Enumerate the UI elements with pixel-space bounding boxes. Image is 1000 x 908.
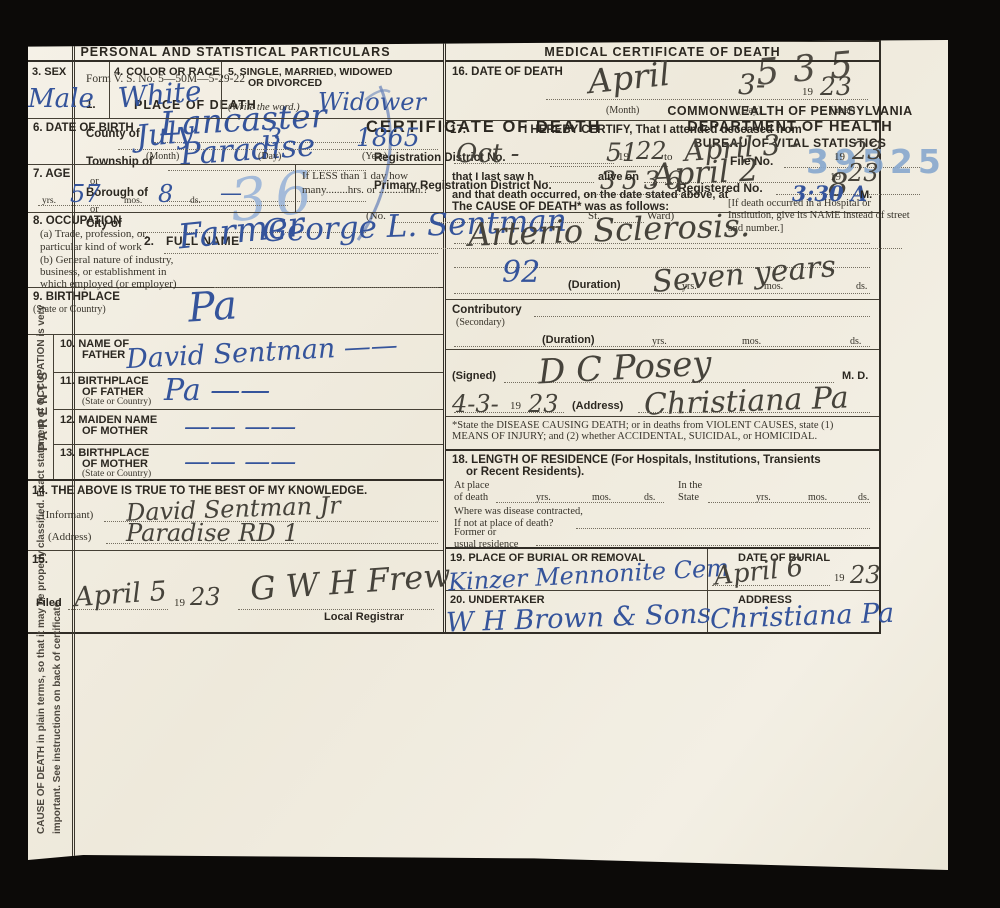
birthplace-label: 9. BIRTHPLACE <box>33 291 120 303</box>
parents-block: PARENTS 10. NAME OF FATHER David Sentman… <box>28 335 443 481</box>
burial-place-cell: 19. PLACE OF BURIAL OR REMOVAL Kinzer Me… <box>446 549 708 590</box>
informant-label: (Informant) <box>42 509 93 521</box>
certify-year-pre2: 19 <box>834 151 845 163</box>
residence-contracted-line <box>576 528 870 529</box>
contributory-hint: (Secondary) <box>456 317 505 328</box>
residence-inthe-2: State <box>678 492 699 503</box>
age-label: 7. AGE <box>33 168 70 180</box>
mother-bp-hint: (State or Country) <box>82 469 151 479</box>
dob-year-label: (Year) <box>362 151 387 162</box>
personal-column: PERSONAL AND STATISTICAL PARTICULARS 3. … <box>28 42 446 632</box>
certify-occurred-label: and that death occurred, on the date sta… <box>452 189 728 201</box>
age-ds-value: — <box>220 181 242 206</box>
dob-year: 1865 <box>356 123 420 152</box>
filed-label: Filed <box>36 597 62 609</box>
certify-alive-label: alive on <box>598 171 639 183</box>
age-line <box>38 205 288 206</box>
burial-year-pre: 19 <box>834 573 845 584</box>
marital-value: Widower <box>318 88 426 116</box>
undertaker-cell: 20. UNDERTAKER W H Brown & Sons <box>446 591 708 632</box>
footnote-block: *State the DISEASE CAUSING DEATH; or in … <box>446 417 879 451</box>
occupation-a-value: Farmer <box>176 204 306 257</box>
residence-contracted-1: Where was disease contracted, <box>454 506 583 517</box>
dod-day-label: (Day) <box>738 105 761 116</box>
certificate-paper: CAUSE OF DEATH in plain terms, so that i… <box>28 40 948 870</box>
birthplace-row: 9. BIRTHPLACE (State or Country) Pa <box>28 288 443 336</box>
filed-year-pre: 19 <box>174 597 185 609</box>
mother-birthplace-row: 13. BIRTHPLACE OF MOTHER (State or Count… <box>54 445 443 480</box>
dob-month-label: (Month) <box>146 151 179 162</box>
dod-label: 16. DATE OF DEATH <box>452 66 563 78</box>
age-less-note: If LESS than 1 day how many........hrs. … <box>295 165 443 212</box>
undertaker-row: 20. UNDERTAKER W H Brown & Sons ADDRESS … <box>446 591 879 632</box>
residence-inthe-1: In the <box>678 480 702 491</box>
dob-month: July <box>135 115 196 155</box>
marital-hint: (Write the word.) <box>228 102 300 113</box>
filed-row: 15. Filed April 5 19 23 G W H Frew Local… <box>28 551 443 632</box>
signed-date-value: 4-3- <box>452 390 499 418</box>
residence-at-place-2: of death <box>454 492 488 503</box>
father-bp-value: Pa —— <box>164 373 270 408</box>
race-label: 4. COLOR OR RACE <box>114 66 220 78</box>
parents-label: PARENTS <box>35 369 50 451</box>
signed-address-label: (Address) <box>572 400 623 412</box>
marital-cell: 5. SINGLE, MARRIED, WIDOWED OR DIVORCED … <box>222 62 443 118</box>
certify-item-number: 17. <box>450 124 466 136</box>
certify-row: 17. I HEREBY CERTIFY, That I attended de… <box>446 121 879 212</box>
signed-date-line <box>454 412 564 413</box>
footnote-line1: *State the DISEASE CAUSING DEATH; or in … <box>452 420 873 431</box>
certify-m-label: M. <box>860 189 872 201</box>
contributory-row: Contributory (Secondary) (Duration) yrs.… <box>446 300 879 350</box>
date-of-death-row: 16. DATE OF DEATH April 3- 19 23 (Month)… <box>446 62 879 122</box>
dod-year-label: (Year) <box>830 105 855 116</box>
signed-address-value: Christiana Pa <box>643 380 849 422</box>
certify-year-pre1: 19 <box>618 151 629 163</box>
burial-date-line <box>712 585 830 586</box>
residence-at-place-1: At place <box>454 480 489 491</box>
dob-row: 6. DATE OF BIRTH July 3 1865 (Month) (Da… <box>28 119 443 165</box>
dob-label: 6. DATE OF BIRTH <box>33 122 134 134</box>
age-yrs-value: 57 <box>70 180 101 208</box>
cause-value: Arterio Sclerosis. <box>467 206 750 254</box>
informant-address-value: Paradise RD 1 <box>126 519 299 547</box>
mother-name-label-2: OF MOTHER <box>82 425 148 437</box>
main-form-box: PERSONAL AND STATISTICAL PARTICULARS 3. … <box>28 40 881 634</box>
birthplace-value: Pa <box>186 282 238 331</box>
father-name-row: 10. NAME OF FATHER David Sentman —— <box>54 335 443 372</box>
burial-table: 19. PLACE OF BURIAL OR REMOVAL Kinzer Me… <box>446 547 879 632</box>
cause-code-value: 92 <box>502 255 540 290</box>
occupation-b-label-2: business, or establishment in <box>40 266 167 278</box>
dod-year-pre: 19 <box>802 86 813 98</box>
race-cell: 4. COLOR OR RACE White <box>110 62 222 118</box>
dod-month-label: (Month) <box>606 105 639 116</box>
margin-note-line2: important. See instructions on back of c… <box>52 599 63 834</box>
father-name-value: David Sentman —— <box>125 330 398 375</box>
affirmation-row: 14. THE ABOVE IS TRUE TO THE BEST OF MY … <box>28 481 443 550</box>
personal-section-title: PERSONAL AND STATISTICAL PARTICULARS <box>28 42 443 62</box>
signed-label: (Signed) <box>452 370 496 382</box>
registrar-sig-line <box>238 609 434 610</box>
signed-date-address-row: 4-3- 19 23 (Address) Christiana Pa <box>446 392 879 418</box>
contributory-line <box>534 316 870 317</box>
medical-column: MEDICAL CERTIFICATE OF DEATH 16. DATE OF… <box>446 42 879 632</box>
certify-last-saw-line1 <box>546 182 594 183</box>
filed-date-value: April 5 <box>73 576 168 613</box>
dob-day-label: (Day) <box>258 151 281 162</box>
signed-value: D C Posey <box>537 343 712 392</box>
occupation-b-label-1: (b) General nature of industry, <box>40 254 173 266</box>
race-value: White <box>117 74 203 114</box>
signed-year-pre: 19 <box>510 400 521 412</box>
cause-yrs-label: yrs. <box>682 281 697 292</box>
filed-year-value: 23 <box>190 583 221 611</box>
sex-value: Male <box>28 84 94 114</box>
sex-label: 3. SEX <box>32 66 66 78</box>
occupation-row: 8. OCCUPATION (a) Trade, profession, or,… <box>28 213 443 288</box>
dod-day: 3- <box>738 68 765 101</box>
cause-duration-line <box>454 293 870 294</box>
burial-date-year: 23 <box>850 561 881 589</box>
age-mos-value: 8 <box>158 180 173 208</box>
residence-label-1: 18. LENGTH OF RESIDENCE (For Hospitals, … <box>452 454 821 466</box>
marital-label-2: OR DIVORCED <box>248 77 322 89</box>
certify-from-line <box>454 163 614 164</box>
birthplace-hint: (State or Country) <box>33 304 106 315</box>
cause-ds-label: ds. <box>856 281 867 292</box>
residence-former-1: Former or <box>454 527 496 538</box>
occupation-label: 8. OCCUPATION <box>33 215 121 227</box>
informant-address-label: (Address) <box>48 531 91 543</box>
sex-race-marital-row: 3. SEX Male 4. COLOR OR RACE White 5. SI… <box>28 62 443 119</box>
mother-name-row: 12. MAIDEN NAME OF MOTHER —— —— <box>54 410 443 445</box>
certify-last-saw-label: that I last saw h <box>452 171 534 183</box>
parents-label-strip: PARENTS <box>28 335 54 479</box>
father-birthplace-row: 11. BIRTHPLACE OF FATHER (State or Count… <box>54 373 443 410</box>
undertaker-address-value: Christiana Pa <box>710 597 895 634</box>
certify-from-value: Oct - <box>456 139 519 169</box>
certify-last-seen-value: April 2 <box>651 153 759 195</box>
signed-address-line <box>638 412 870 413</box>
father-bp-hint: (State or Country) <box>82 397 151 407</box>
contributory-duration-label: (Duration) <box>542 334 595 346</box>
local-registrar-label: Local Registrar <box>324 611 404 623</box>
cause-mos-label: mos. <box>764 281 783 292</box>
undertaker-address-cell: ADDRESS Christiana Pa <box>708 591 879 632</box>
occupation-a-label-2: particular kind of work <box>40 241 142 253</box>
contributory-label: Contributory <box>452 304 522 316</box>
residence-row: 18. LENGTH OF RESIDENCE (For Hospitals, … <box>446 451 879 546</box>
burial-date-cell: DATE OF BURIAL April 6 19 23 <box>708 549 879 590</box>
signed-year-value: 23 <box>528 390 559 418</box>
parents-rows: 10. NAME OF FATHER David Sentman —— 11. … <box>54 335 443 479</box>
footnote-line2: MEANS OF INJURY; and (2) whether ACCIDEN… <box>452 431 873 442</box>
cause-duration-label: (Duration) <box>568 279 621 291</box>
certify-hour-value: 3:30 A <box>792 181 867 206</box>
residence-label-2: or Recent Residents). <box>466 466 584 478</box>
age-row: 7. AGE yrs. 57 mos. 8 ds. — If LESS than… <box>28 165 443 213</box>
mother-bp-value: —— —— <box>184 447 296 477</box>
burial-place-row: 19. PLACE OF BURIAL OR REMOVAL Kinzer Me… <box>446 549 879 591</box>
residence-atplace-line <box>496 502 664 503</box>
dob-day: 3 <box>266 123 282 152</box>
father-name-label-2: FATHER <box>82 349 125 361</box>
dod-year: 23 <box>820 72 852 101</box>
mother-name-value: —— —— <box>184 412 296 442</box>
residence-state-line <box>708 502 870 503</box>
occupation-a-label-1: (a) Trade, profession, or, <box>40 228 148 240</box>
registrar-signature: G W H Frew <box>249 556 452 608</box>
dod-month: April <box>586 54 671 101</box>
cause-of-death-row: Arterio Sclerosis. 92 (Duration) Seven y… <box>446 213 879 300</box>
age-cell: 7. AGE yrs. 57 mos. 8 ds. — <box>28 165 295 212</box>
filed-item-number: 15. <box>32 554 48 566</box>
sex-cell: 3. SEX Male <box>28 62 110 118</box>
